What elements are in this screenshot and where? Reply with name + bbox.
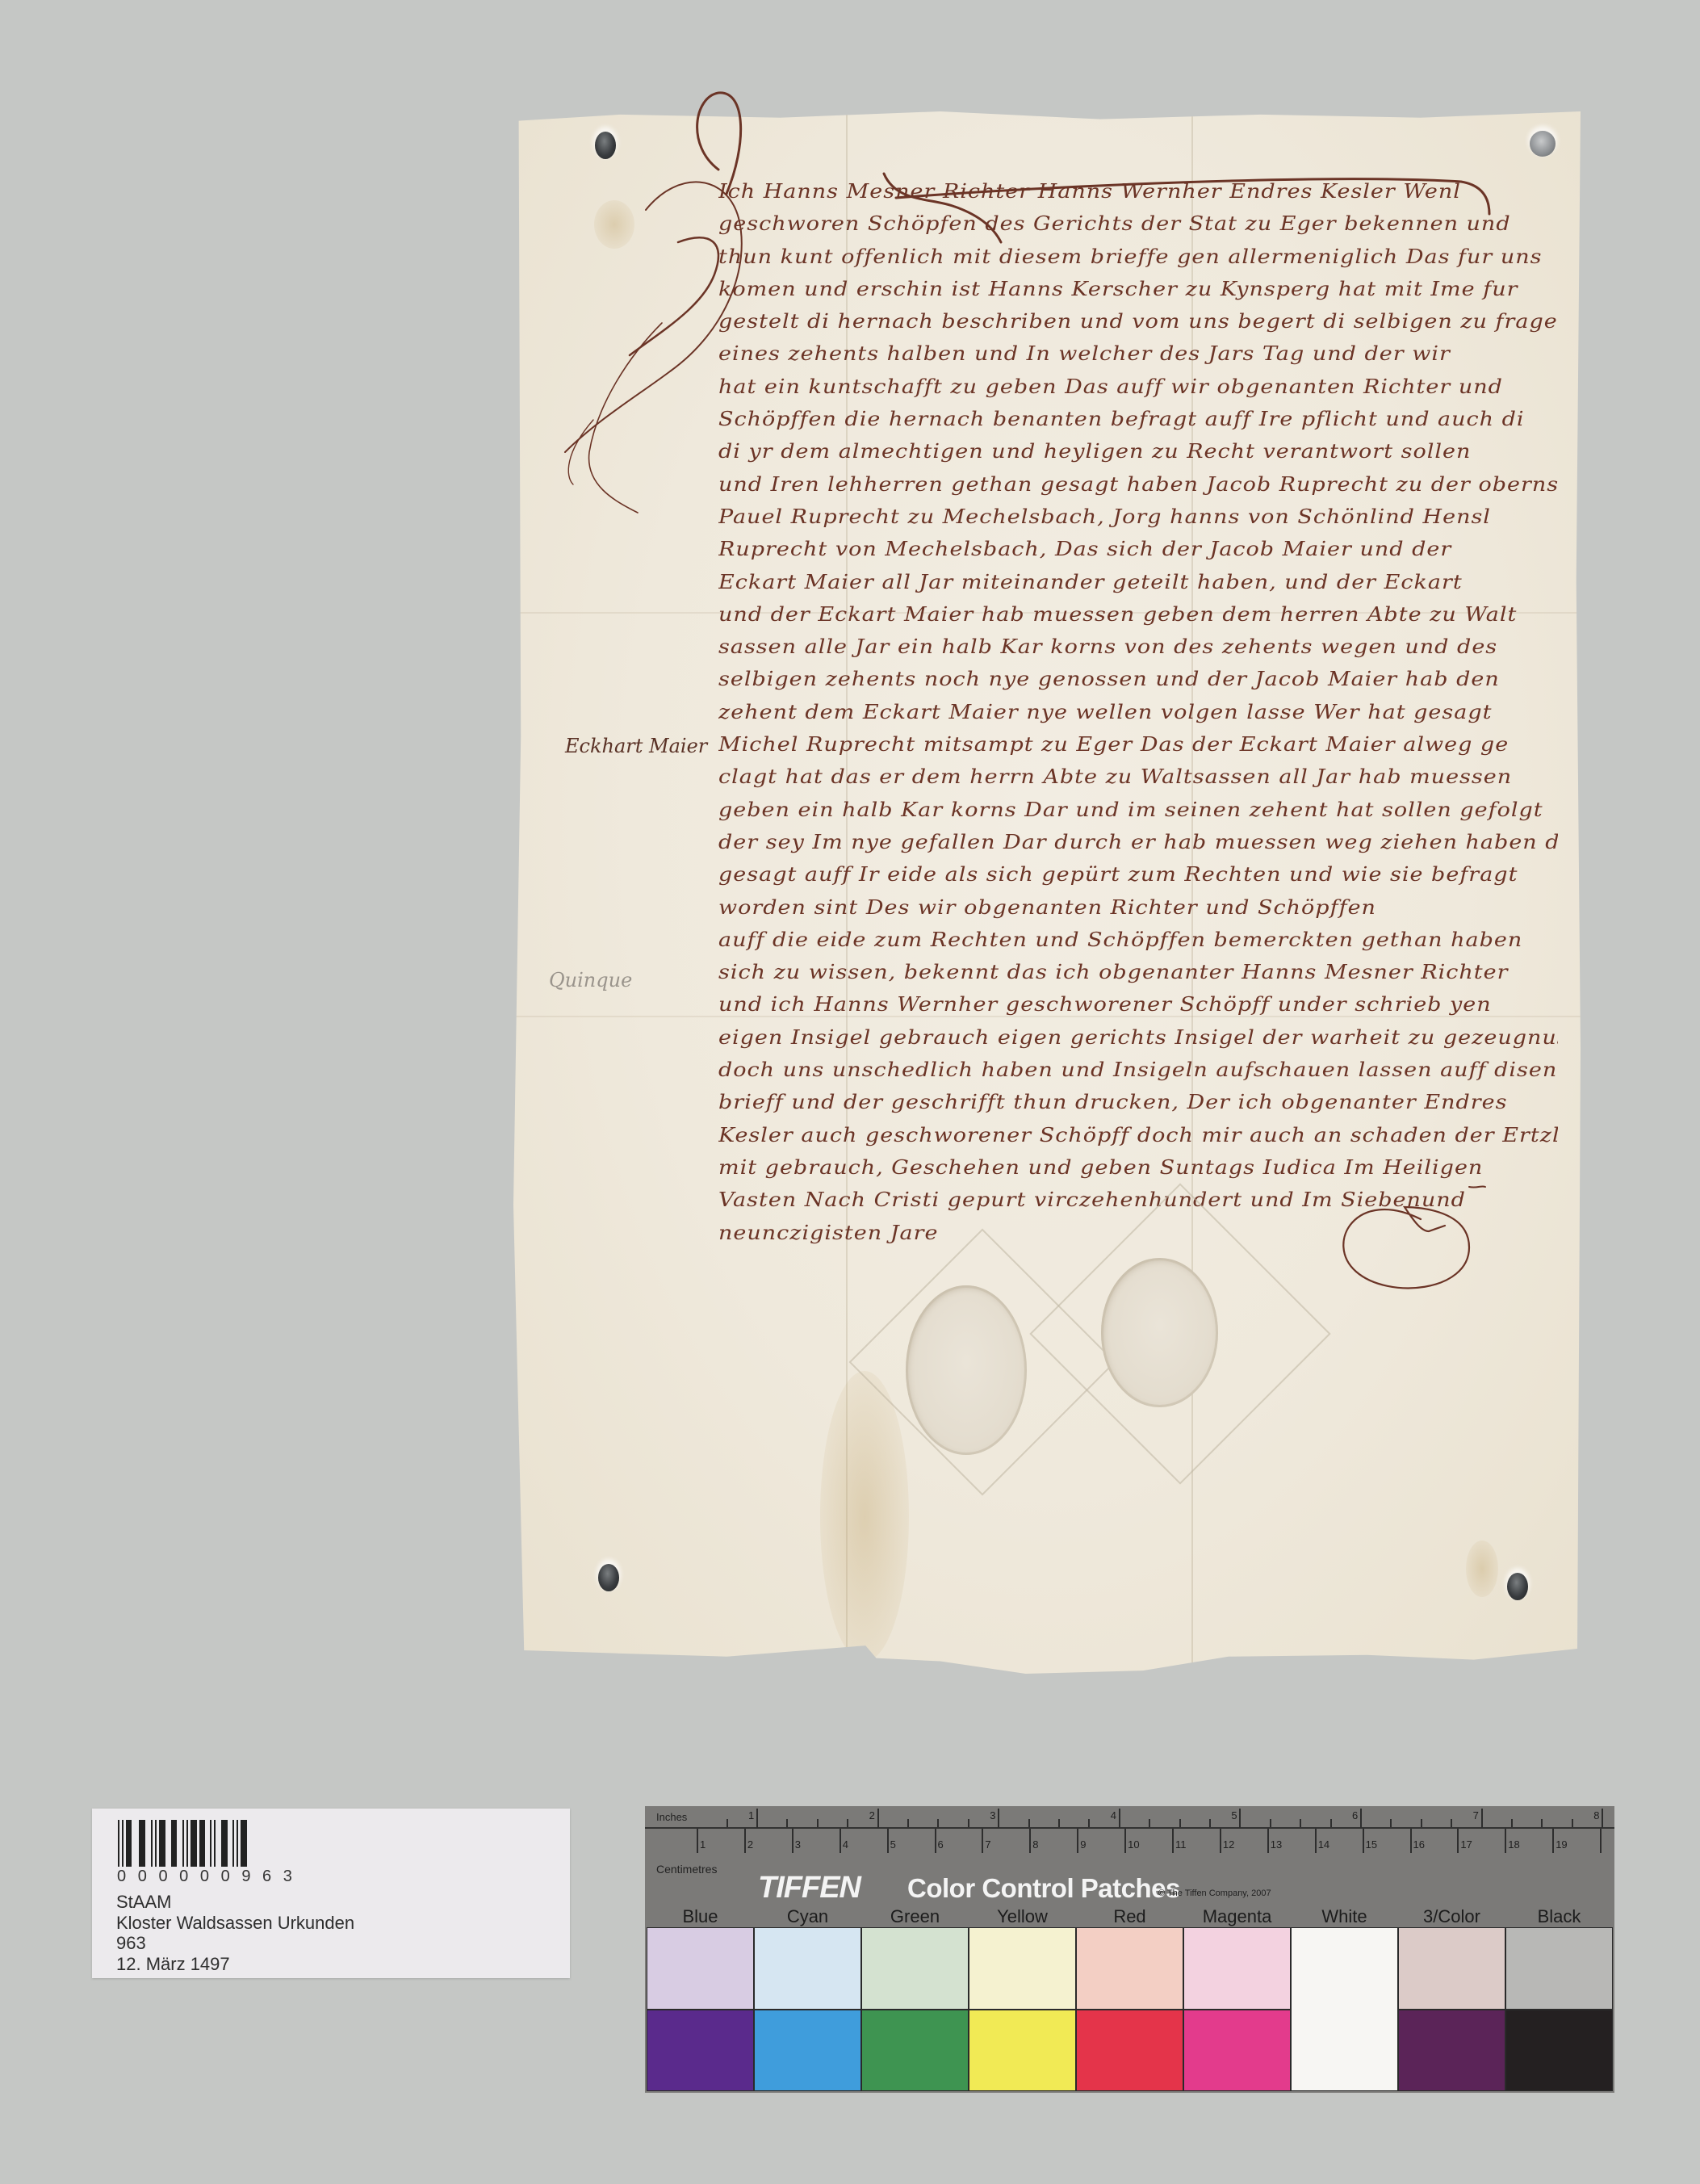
stain	[594, 200, 634, 249]
label-text: StAAM Kloster Waldsassen Urkunden 963 12…	[116, 1892, 354, 1974]
patch-label-white: White	[1291, 1906, 1398, 1927]
text-line: Schöpffen die hernach benanten befragt a…	[718, 405, 1558, 434]
text-line: sassen alle Jar ein halb Kar korns von d…	[718, 633, 1558, 662]
cm-tick	[840, 1829, 841, 1853]
inch-tick-label: 4	[1111, 1809, 1116, 1821]
magnet-bottom-right	[1507, 1573, 1528, 1600]
text-line: sich zu wissen, bekennt das ich obgenant…	[718, 958, 1558, 987]
ruler-tick	[998, 1809, 999, 1828]
inch-tick-label: 2	[869, 1809, 875, 1821]
cm-tick	[744, 1829, 746, 1853]
patch-light-green	[862, 1928, 968, 2009]
patch-light-magenta	[1184, 1928, 1290, 2009]
barcode	[118, 1818, 249, 1867]
patch-dark-red	[1077, 2010, 1183, 2090]
patch-dark-black	[1506, 2010, 1612, 2090]
cm-tick-label: 15	[1366, 1838, 1377, 1851]
cm-tick-label: 13	[1271, 1838, 1282, 1851]
patch-label-red: Red	[1076, 1906, 1183, 1927]
text-line: Kesler auch geschworener Schöpff doch mi…	[718, 1121, 1558, 1151]
cm-tick-label: 9	[1080, 1838, 1086, 1851]
text-line: eines zehents halben und In welcher des …	[718, 340, 1558, 369]
ruler-tick	[1119, 1809, 1120, 1828]
margin-note-pencil: Quinque	[549, 969, 632, 991]
cm-tick-label: 2	[747, 1838, 753, 1851]
patch-dark-yellow	[969, 2010, 1075, 2090]
cm-tick	[1267, 1829, 1269, 1853]
ruler-divider	[645, 1827, 1614, 1829]
text-line: eigen Insigel gebrauch eigen gerichts In…	[718, 1024, 1558, 1053]
cm-tick-label: 10	[1128, 1838, 1139, 1851]
ruler-tick	[1239, 1809, 1241, 1828]
cm-tick-label: 7	[985, 1838, 990, 1851]
seal-right	[1101, 1258, 1218, 1407]
cm-tick-label: 8	[1032, 1838, 1038, 1851]
ruler-tick	[1451, 1819, 1452, 1827]
cm-tick	[1220, 1829, 1221, 1853]
text-line: hat ein kuntschafft zu geben Das auff wi…	[718, 373, 1558, 402]
seal-left	[906, 1285, 1027, 1455]
cm-tick-label: 16	[1413, 1838, 1425, 1851]
ruler-tick	[1421, 1819, 1422, 1827]
ruler-tick	[907, 1819, 909, 1827]
inch-tick-label: 1	[748, 1809, 754, 1821]
cm-tick	[1029, 1829, 1031, 1853]
cm-tick	[1124, 1829, 1126, 1853]
patch-label-black: Black	[1505, 1906, 1613, 1927]
ruler-tick	[1330, 1819, 1332, 1827]
collection-name: Kloster Waldsassen Urkunden	[116, 1913, 354, 1934]
patch-light-3-color	[1399, 1928, 1505, 2009]
ruler-tick	[756, 1809, 758, 1828]
ruler-tick	[968, 1819, 969, 1827]
patch-light-white	[1292, 1928, 1397, 2090]
cm-tick	[1077, 1829, 1078, 1853]
patch-label-yellow: Yellow	[969, 1906, 1076, 1927]
cm-tick-label: 18	[1508, 1838, 1519, 1851]
ruler-tick	[1088, 1819, 1090, 1827]
ruler-tick	[817, 1819, 819, 1827]
patch-labels: BlueCyanGreenYellowRedMagentaWhite3/Colo…	[645, 1906, 1614, 1926]
text-line: brieff und der geschrifft thun drucken, …	[718, 1088, 1558, 1117]
ruler-tick	[726, 1819, 728, 1827]
text-line: Eckart Maier all Jar miteinander geteilt…	[718, 568, 1558, 597]
magnet-top-right	[1530, 131, 1556, 157]
text-line: auff die eide zum Rechten und Schöpffen …	[718, 926, 1558, 955]
color-patches	[647, 1927, 1613, 2091]
patch-dark-green	[862, 2010, 968, 2090]
text-line: komen und erschin ist Hanns Kerscher zu …	[718, 275, 1558, 304]
text-line: geschworen Schöpfen des Gerichts der Sta…	[718, 210, 1558, 239]
patch-dark-3-color	[1399, 2010, 1505, 2090]
centimetres-label: Centimetres	[656, 1863, 717, 1876]
text-line: und der Eckart Maier hab muessen geben d…	[718, 601, 1558, 630]
cm-tick	[1505, 1829, 1506, 1853]
text-line: di yr dem almechtigen und heyligen zu Re…	[718, 438, 1558, 467]
patch-light-yellow	[969, 1928, 1075, 2009]
inch-tick-label: 6	[1352, 1809, 1358, 1821]
charter-text: Ich Hanns Mesner Richter Hanns Wernher E…	[718, 176, 1558, 1250]
ruler-tick	[1209, 1819, 1211, 1827]
cm-tick	[792, 1829, 793, 1853]
text-line: der sey Im nye gefallen Dar durch er hab…	[718, 828, 1558, 857]
ruler-tick	[1058, 1819, 1060, 1827]
document-date: 12. März 1497	[116, 1954, 354, 1975]
cm-tick-label: 17	[1460, 1838, 1472, 1851]
patch-light-red	[1077, 1928, 1183, 2009]
cm-tick-label: 11	[1175, 1838, 1187, 1851]
patch-label-blue: Blue	[647, 1906, 754, 1927]
inch-tick-label: 8	[1593, 1809, 1599, 1821]
text-line: mit gebrauch, Geschehen und geben Suntag…	[718, 1154, 1558, 1183]
cm-tick-label: 19	[1556, 1838, 1567, 1851]
cm-tick-label: 14	[1318, 1838, 1329, 1851]
patch-light-blue	[647, 1928, 753, 2009]
patch-label-cyan: Cyan	[754, 1906, 861, 1927]
ruler-tick	[1300, 1819, 1301, 1827]
ruler-tick	[1572, 1819, 1573, 1827]
cm-tick-label: 1	[700, 1838, 706, 1851]
patch-label-green: Green	[861, 1906, 969, 1927]
cm-tick-label: 6	[938, 1838, 944, 1851]
stain	[1466, 1541, 1498, 1597]
patch-dark-blue	[647, 2010, 753, 2090]
ruler-tick	[937, 1819, 939, 1827]
cm-tick	[1172, 1829, 1174, 1853]
text-line: zehent dem Eckart Maier nye wellen volge…	[718, 698, 1558, 727]
tiffen-logo: TIFFEN	[758, 1871, 860, 1905]
document-number: 963	[116, 1933, 354, 1954]
text-line: Pauel Ruprecht zu Mechelsbach, Jorg hann…	[718, 503, 1558, 532]
ruler-tick	[1028, 1819, 1030, 1827]
text-line: Michel Ruprecht mitsampt zu Eger Das der…	[718, 731, 1558, 760]
ruler: Inches 12345678 123456789101112131415161…	[645, 1806, 1614, 1861]
stain	[820, 1371, 909, 1662]
archive-name: StAAM	[116, 1892, 354, 1913]
text-line: thun kunt offenlich mit diesem brieffe g…	[718, 243, 1558, 272]
cm-tick	[935, 1829, 936, 1853]
ruler-tick	[1270, 1819, 1271, 1827]
ruler-tick	[1360, 1809, 1362, 1828]
inch-tick-label: 7	[1473, 1809, 1479, 1821]
card-copyright: © The Tiffen Company, 2007	[1158, 1888, 1271, 1898]
text-line: worden sint Des wir obgenanten Richter u…	[718, 894, 1558, 923]
inch-tick-label: 3	[990, 1809, 995, 1821]
patch-dark-magenta	[1184, 2010, 1290, 2090]
cm-tick-label: 5	[890, 1838, 896, 1851]
magnet-bottom-left	[598, 1564, 619, 1591]
cm-tick	[1552, 1829, 1554, 1853]
inches-label: Inches	[656, 1811, 687, 1823]
ruler-tick	[1149, 1819, 1150, 1827]
ruler-tick	[1481, 1809, 1483, 1828]
text-line: clagt hat das er dem herrn Abte zu Walts…	[718, 763, 1558, 792]
patch-light-cyan	[755, 1928, 860, 2009]
text-line: Ruprecht von Mechelsbach, Das sich der J…	[718, 535, 1558, 564]
text-line: Ich Hanns Mesner Richter Hanns Wernher E…	[718, 178, 1558, 207]
ruler-tick	[1511, 1819, 1513, 1827]
magnet-top-left	[595, 132, 616, 159]
margin-note-name: Eckhart Maier	[565, 735, 707, 757]
text-line: und ich Hanns Wernher geschworener Schöp…	[718, 991, 1558, 1020]
patch-label-3-color: 3/Color	[1398, 1906, 1505, 1927]
cm-tick	[1600, 1829, 1602, 1853]
patch-label-magenta: Magenta	[1183, 1906, 1291, 1927]
text-line: doch uns unschedlich haben und Insigeln …	[718, 1056, 1558, 1085]
text-line: Vasten Nach Cristi gepurt virczehenhunde…	[718, 1186, 1558, 1215]
barcode-number: 000000963	[117, 1868, 304, 1886]
ruler-tick	[1179, 1819, 1181, 1827]
ruler-tick	[1541, 1819, 1543, 1827]
ruler-tick	[1390, 1819, 1392, 1827]
archive-label: 000000963 StAAM Kloster Waldsassen Urkun…	[92, 1809, 570, 1978]
cm-tick	[1457, 1829, 1459, 1853]
ruler-tick	[1602, 1809, 1603, 1828]
cm-tick	[887, 1829, 889, 1853]
text-line: geben ein halb Kar korns Dar und im sein…	[718, 796, 1558, 825]
cm-tick	[982, 1829, 983, 1853]
ruler-tick	[847, 1819, 848, 1827]
cm-tick-label: 4	[843, 1838, 848, 1851]
cm-tick	[1410, 1829, 1412, 1853]
text-line: selbigen zehents noch nye genossen und d…	[718, 665, 1558, 694]
text-line: und Iren lehherren gethan gesagt haben J…	[718, 471, 1558, 500]
cm-tick-label: 3	[795, 1838, 801, 1851]
color-control-card: Inches 12345678 123456789101112131415161…	[645, 1806, 1614, 2093]
patch-light-black	[1506, 1928, 1612, 2009]
cm-tick	[1363, 1829, 1364, 1853]
ruler-tick	[786, 1819, 788, 1827]
cm-tick	[1315, 1829, 1317, 1853]
cm-tick-label: 12	[1223, 1838, 1234, 1851]
card-title: Color Control Patches	[907, 1873, 1180, 1904]
ruler-tick	[877, 1809, 879, 1828]
text-line: gestelt di hernach beschriben und vom un…	[718, 308, 1558, 337]
cm-tick	[697, 1829, 698, 1853]
text-line: gesagt auff Ir eide als sich gepürt zum …	[718, 861, 1558, 890]
patch-dark-cyan	[755, 2010, 860, 2090]
inch-tick-label: 5	[1231, 1809, 1237, 1821]
